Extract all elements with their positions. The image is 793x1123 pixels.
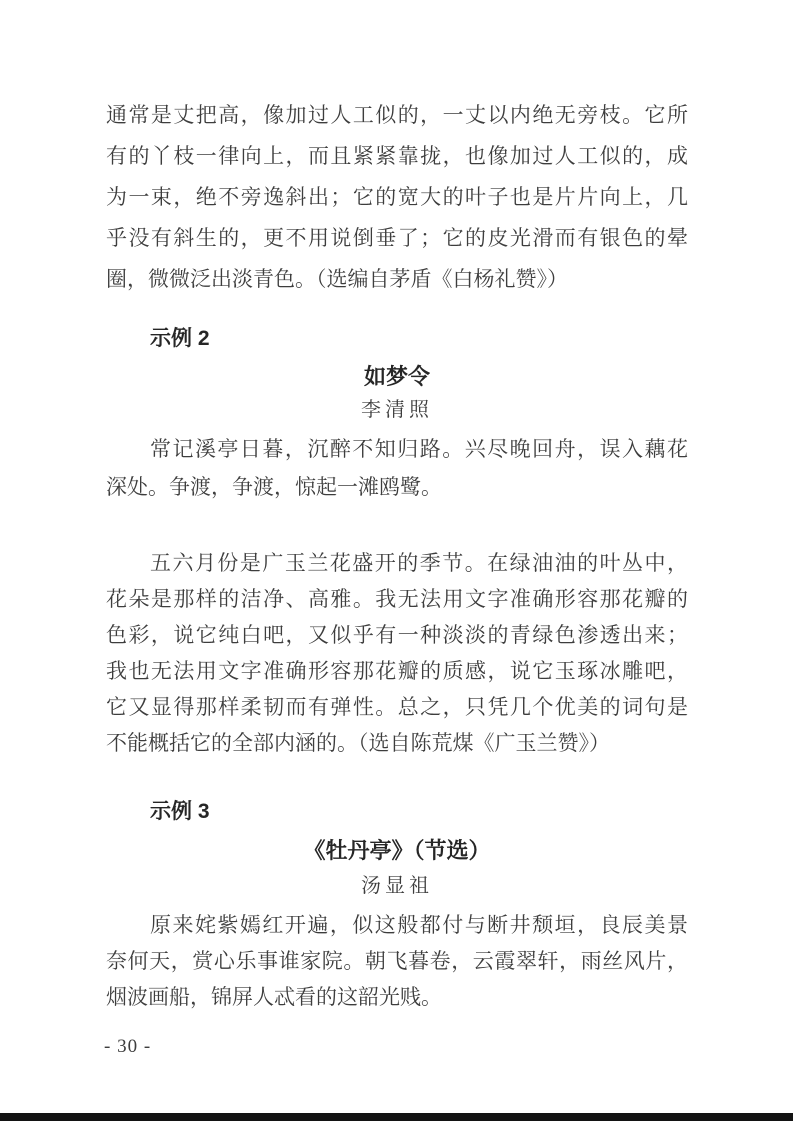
text-line: 色彩，说它纯白吧，又似乎有一种淡淡的青绿色渗透出来； [106, 617, 688, 653]
text-line: 花朵是那样的洁净、高雅。我无法用文字准确形容那花瓣的 [106, 581, 688, 617]
text-line: 不能概括它的全部内涵的。（选自陈荒煤《广玉兰赞》） [106, 725, 688, 761]
text-line: 有的丫枝一律向上，而且紧紧靠拢，也像加过人工似的，成 [106, 136, 688, 177]
text-line: 我也无法用文字准确形容那花瓣的质感，说它玉琢冰雕吧， [106, 653, 688, 689]
text-line: 圈，微微泛出淡青色。（选编自茅盾《白杨礼赞》） [106, 259, 688, 300]
text-line: 原来姹紫嫣红开遍，似这般都付与断井颓垣，良辰美景 [106, 907, 688, 943]
intro-paragraph: 通常是丈把高，像加过人工似的，一丈以内绝无旁枝。它所有的丫枝一律向上，而且紧紧靠… [106, 95, 688, 300]
poem-body-rumengling: 常记溪亭日暮，沉醉不知归路。兴尽晚回舟，误入藕花深处。争渡，争渡，惊起一滩鸥鹭。 [106, 430, 688, 506]
text-line: 五六月份是广玉兰花盛开的季节。在绿油油的叶丛中， [106, 545, 688, 581]
example-2-label: 示例 2 [106, 327, 688, 351]
document-page: 通常是丈把高，像加过人工似的，一丈以内绝无旁枝。它所有的丫枝一律向上，而且紧紧靠… [0, 0, 793, 1123]
excerpt-title-mudanting: 《牡丹亭》（节选） [106, 838, 688, 864]
text-line: 奈何天，赏心乐事谁家院。朝飞暮卷，云霞翠轩，雨丝风片， [106, 943, 688, 979]
text-line: 通常是丈把高，像加过人工似的，一丈以内绝无旁枝。它所 [106, 95, 688, 136]
text-line: 烟波画船，锦屏人忒看的这韶光贱。 [106, 979, 688, 1015]
text-line: 深处。争渡，争渡，惊起一滩鸥鹭。 [106, 468, 688, 506]
page-number: - 30 - [104, 1036, 151, 1058]
poem-author-liqingzhao: 李清照 [106, 398, 688, 422]
magnolia-paragraph: 五六月份是广玉兰花盛开的季节。在绿油油的叶丛中，花朵是那样的洁净、高雅。我无法用… [106, 545, 688, 761]
excerpt-body-mudanting: 原来姹紫嫣红开遍，似这般都付与断井颓垣，良辰美景奈何天，赏心乐事谁家院。朝飞暮卷… [106, 907, 688, 1015]
text-line: 它又显得那样柔韧而有弹性。总之，只凭几个优美的词句是 [106, 689, 688, 725]
text-line: 乎没有斜生的，更不用说倒垂了；它的皮光滑而有银色的晕 [106, 218, 688, 259]
poem-title-rumengling: 如梦令 [106, 364, 688, 390]
example-3-label: 示例 3 [106, 800, 688, 824]
scan-bottom-edge [0, 1113, 793, 1121]
text-line: 为一束，绝不旁逸斜出；它的宽大的叶子也是片片向上，几 [106, 177, 688, 218]
text-line: 常记溪亭日暮，沉醉不知归路。兴尽晚回舟，误入藕花 [106, 430, 688, 468]
excerpt-author-tangxianzu: 汤显祖 [106, 874, 688, 898]
